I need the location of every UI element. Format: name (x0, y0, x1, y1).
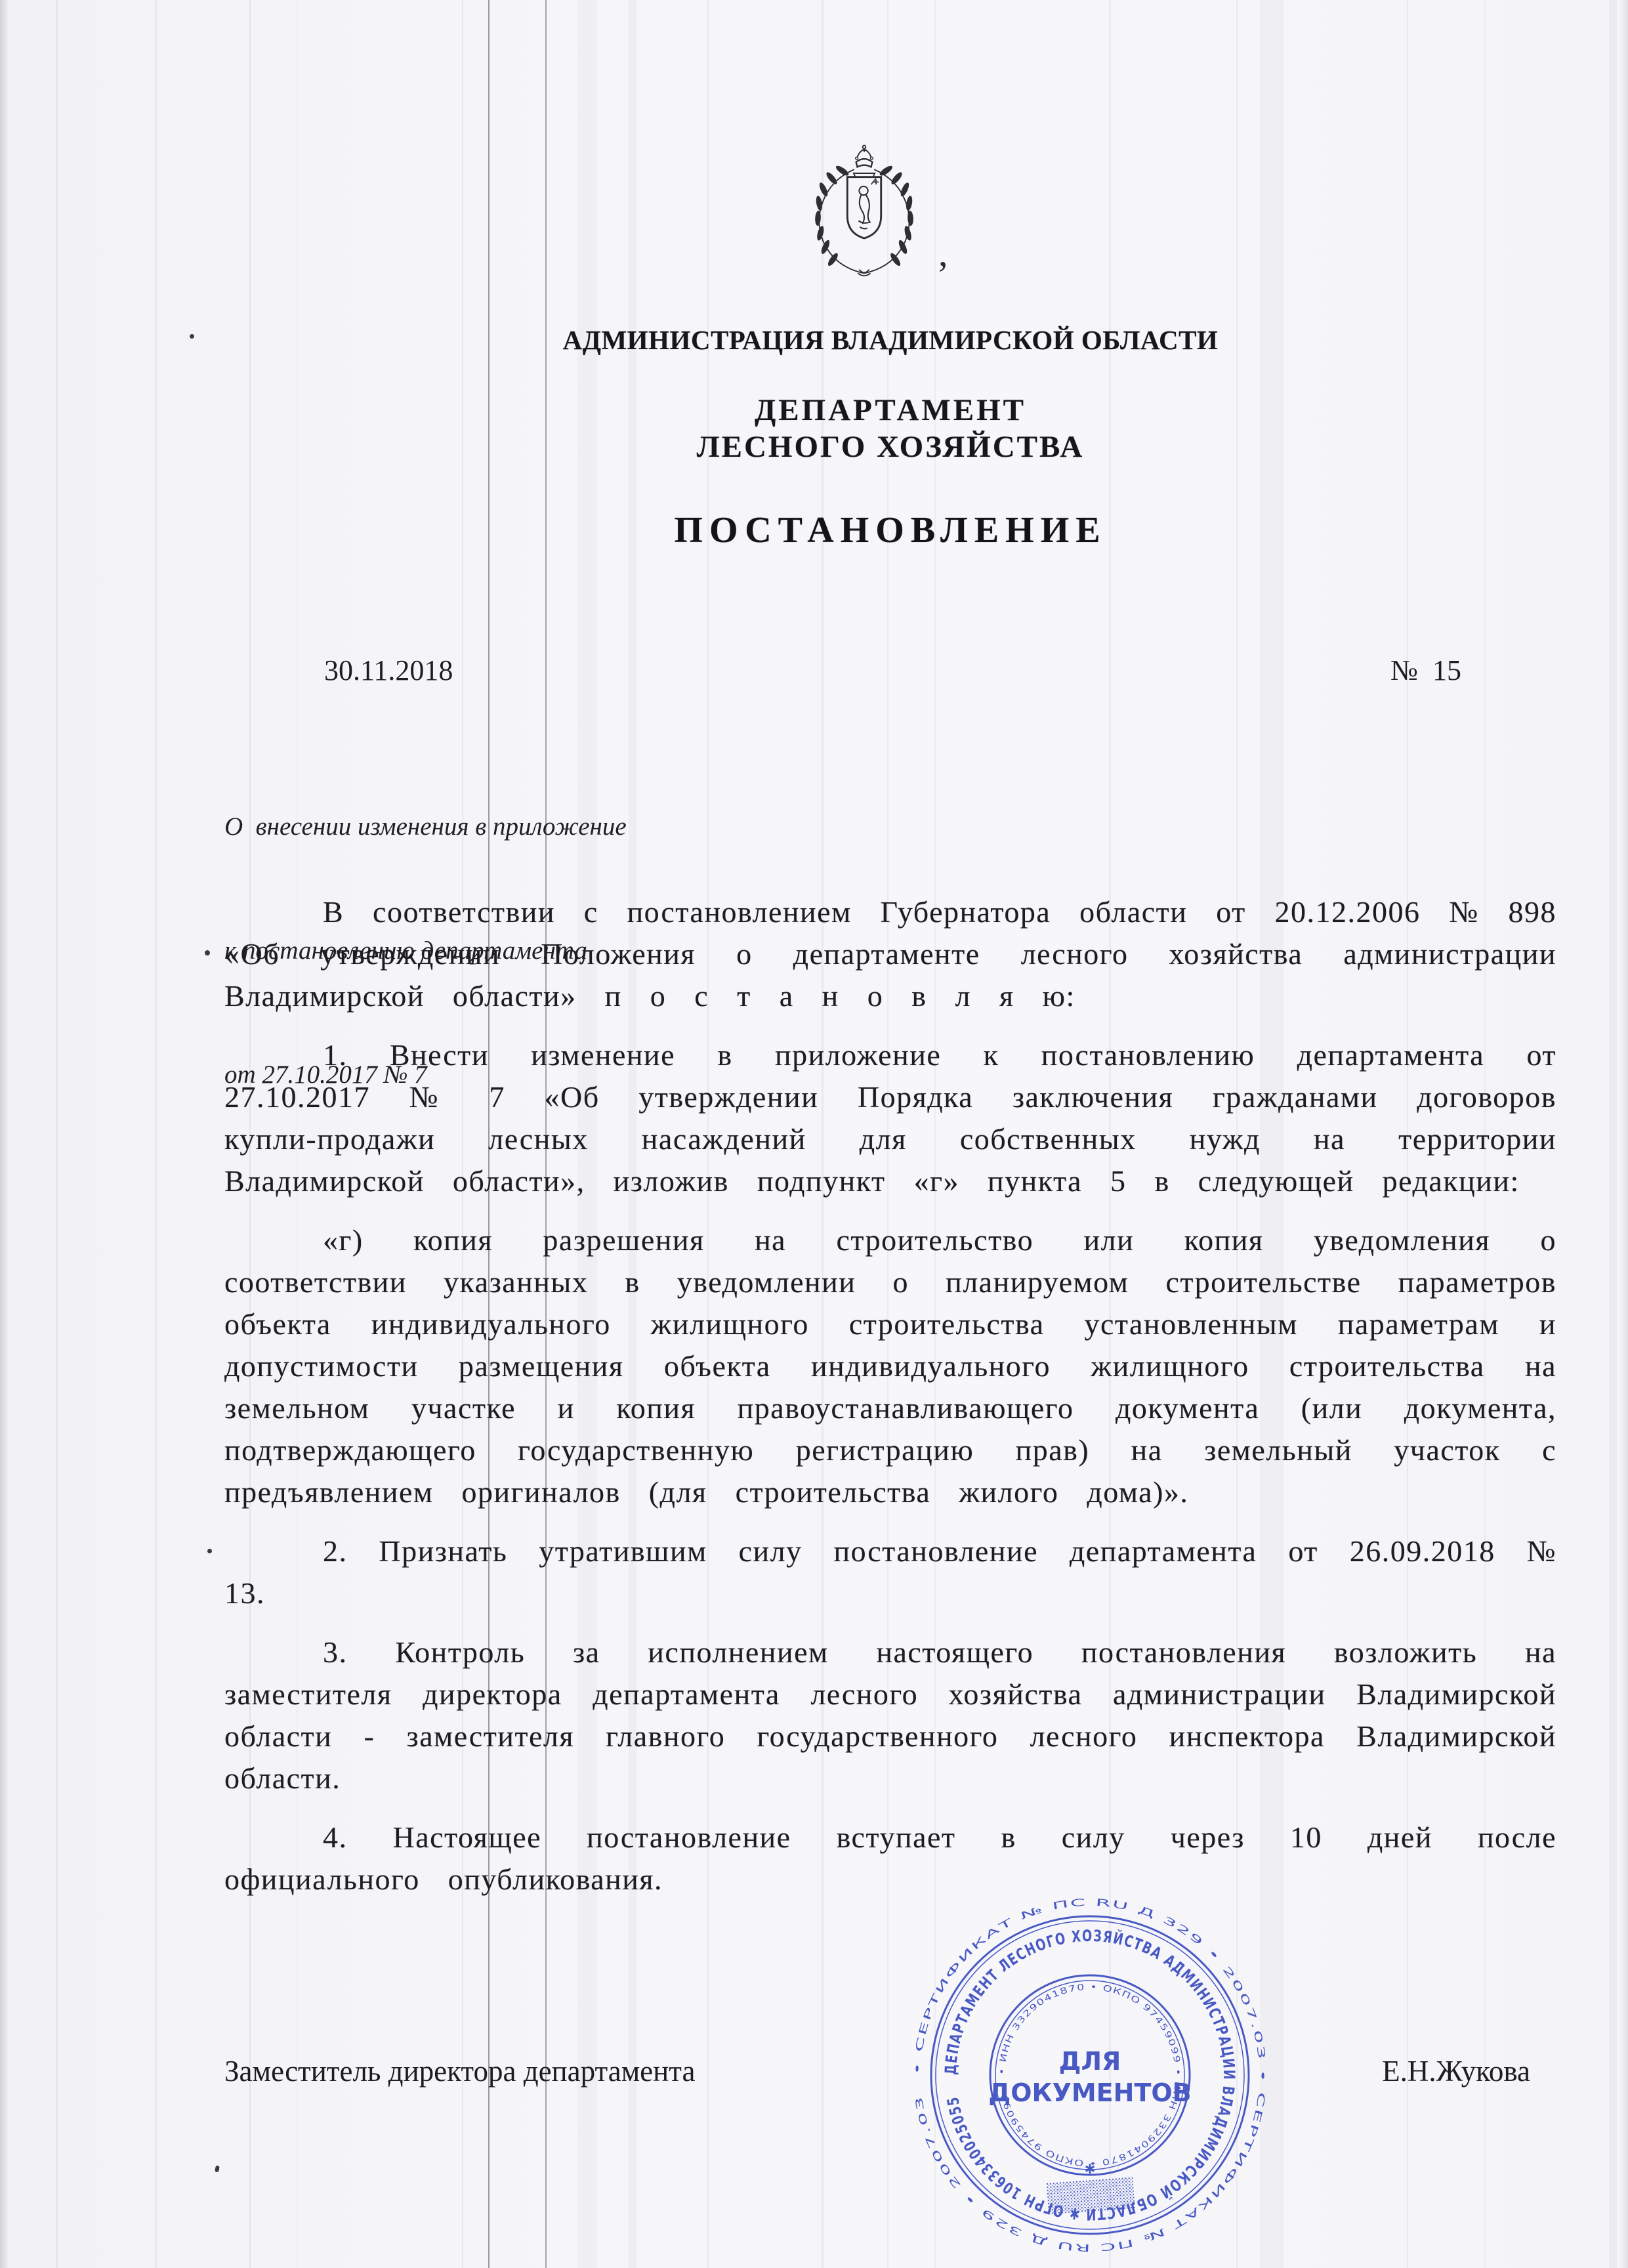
ink-mark (207, 1549, 212, 1553)
ink-mark-comma: , (938, 231, 948, 275)
doc-type-title: ПОСТАНОВЛЕНИЕ (224, 509, 1556, 551)
stamp-center-line2: ДОКУМЕНТОВ (988, 2078, 1191, 2107)
paragraph-item-3: 3. Контроль за исполнением настоящего по… (224, 1631, 1556, 1799)
stamp-bottom-asterisk: ✱ (1085, 2161, 1096, 2177)
vladimir-oblast-coat-of-arms (799, 140, 930, 288)
ink-mark (205, 950, 210, 955)
scan-line-artifact (56, 0, 58, 2268)
paragraph-subitem-g: «г) копия разрешения на строительство ил… (224, 1219, 1556, 1513)
paragraph-item-2: 2. Признать утратившим силу постановлени… (224, 1530, 1556, 1614)
stamp-texts: • СЕРТИФИКАТ № ПС RU Д 329 • 2007.03 • С… (911, 1897, 1268, 2254)
shield-icon (847, 173, 881, 238)
dept-name-line1: ДЕПАРТАМЕНТ (224, 392, 1556, 428)
official-stamp: • СЕРТИФИКАТ № ПС RU Д 329 • 2007.03 • С… (900, 1885, 1280, 2265)
org-name: АДМИНИСТРАЦИЯ ВЛАДИМИРСКОЙ ОБЛАСТИ (224, 324, 1556, 356)
ink-mark (190, 334, 194, 339)
dept-name-line2: ЛЕСНОГО ХОЗЯЙСТВА (224, 429, 1556, 465)
signature-name: Е.Н.Жукова (1382, 2054, 1530, 2088)
document-content: , АДМИНИСТРАЦИЯ ВЛАДИМИРСКОЙ ОБЛАСТИ ДЕП… (224, 0, 1556, 2268)
ink-mark (215, 2165, 220, 2172)
subject-line: О внесении изменения в приложение (224, 806, 627, 847)
paragraph-item-4: 4. Настоящее постановление вступает в си… (224, 1816, 1556, 1900)
meta-row: 30.11.2018 № 15 (224, 654, 1556, 687)
doc-number: № 15 (1390, 654, 1461, 687)
issue-date: 30.11.2018 (324, 654, 453, 687)
paragraph-preamble: В соответствии с постановлением Губернат… (224, 891, 1556, 1017)
paragraph-item-1: 1. Внести изменение в приложение к поста… (224, 1034, 1556, 1202)
lion-icon (858, 178, 878, 229)
stamp-noise-patch (1046, 2177, 1135, 2214)
scan-line-artifact (156, 0, 157, 2268)
scanned-decree-page: , АДМИНИСТРАЦИЯ ВЛАДИМИРСКОЙ ОБЛАСТИ ДЕП… (0, 0, 1628, 2268)
signature-position: Заместитель директора департамента (224, 2054, 695, 2088)
stamp-center-line1: ДЛЯ (1059, 2047, 1121, 2076)
crown-icon (856, 146, 873, 167)
signature-row: Заместитель директора департамента Е.Н.Ж… (224, 2054, 1556, 2088)
body-text: В соответствии с постановлением Губернат… (224, 891, 1556, 1918)
scan-line-artifact (1609, 0, 1617, 2268)
